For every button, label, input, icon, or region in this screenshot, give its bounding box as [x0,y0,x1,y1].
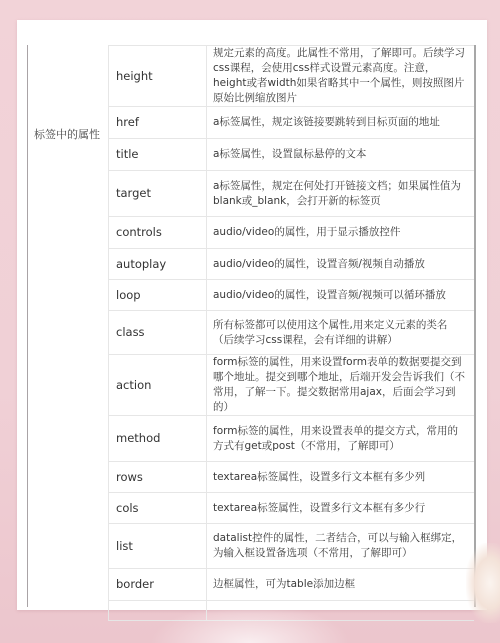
attribute-name: title [109,139,207,171]
table-row: class所有标签都可以使用这个属性,用来定义元素的类名（后续学习css课程，会… [109,311,475,355]
attribute-description: audio/video的属性，用于显示播放控件 [207,217,475,249]
attribute-description: datalist控件的属性，二者结合，可以与输入框绑定，为输入框设置备选项（不常… [207,524,475,569]
table-row: border边框属性，可为table添加边框 [109,569,475,601]
attribute-name: action [109,355,207,416]
attribute-name: href [109,107,207,139]
table-row: controlsaudio/video的属性，用于显示播放控件 [109,217,475,249]
attribute-name: height [109,46,207,107]
table-row: autoplayaudio/video的属性，设置音频/视频自动播放 [109,249,475,280]
table-row: rowstextarea标签属性，设置多行文本框有多少列 [109,462,475,493]
decorative-petals [150,603,350,643]
attribute-description: audio/video的属性，设置音频/视频可以循环播放 [207,280,475,311]
table-row: listdatalist控件的属性，二者结合，可以与输入框绑定，为输入框设置备选… [109,524,475,569]
attributes-table: height规定元素的高度。此属性不常用，了解即可。后续学习css课程，会使用c… [108,45,474,621]
attribute-name: cols [109,493,207,524]
attribute-name: method [109,416,207,462]
attribute-group-label: 标签中的属性 [34,126,100,142]
attribute-description: textarea标签属性，设置多行文本框有多少列 [207,462,475,493]
table-row: height规定元素的高度。此属性不常用，了解即可。后续学习css课程，会使用c… [109,46,475,107]
table-row: loopaudio/video的属性，设置音频/视频可以循环播放 [109,280,475,311]
attribute-description: textarea标签属性，设置多行文本框有多少行 [207,493,475,524]
table-row: actionform标签的属性，用来设置form表单的数据要提交到哪个地址。提交… [109,355,475,416]
table-row: colstextarea标签属性，设置多行文本框有多少行 [109,493,475,524]
attribute-description: 所有标签都可以使用这个属性,用来定义元素的类名（后续学习css课程，会有详细的讲… [207,311,475,355]
attribute-description: audio/video的属性，设置音频/视频自动播放 [207,249,475,280]
table-row: methodform标签的属性，用来设置表单的提交方式，常用的方式有get或po… [109,416,475,462]
attribute-name: class [109,311,207,355]
attribute-name: list [109,524,207,569]
attribute-name: loop [109,280,207,311]
attribute-description: 边框属性，可为table添加边框 [207,569,475,601]
table-row: titlea标签属性，设置鼠标悬停的文本 [109,139,475,171]
attribute-description: a标签属性，规定该链接要跳转到目标页面的地址 [207,107,475,139]
attribute-name: border [109,569,207,601]
attribute-name: autoplay [109,249,207,280]
table-left-border [27,45,28,607]
decorative-flower [466,543,500,623]
table-row: targeta标签属性，规定在何处打开链接文档；如果属性值为blank或_bla… [109,171,475,217]
attribute-description: a标签属性，设置鼠标悬停的文本 [207,139,475,171]
attribute-name: controls [109,217,207,249]
attribute-description: 规定元素的高度。此属性不常用，了解即可。后续学习css课程，会使用css样式设置… [207,46,475,107]
attribute-description: form标签的属性，用来设置表单的提交方式，常用的方式有get或post（不常用… [207,416,475,462]
table-row: hrefa标签属性，规定该链接要跳转到目标页面的地址 [109,107,475,139]
attribute-description: a标签属性，规定在何处打开链接文档；如果属性值为blank或_blank，会打开… [207,171,475,217]
attribute-name: target [109,171,207,217]
attribute-description: form标签的属性，用来设置form表单的数据要提交到哪个地址。提交到哪个地址，… [207,355,475,416]
table-right-border [474,45,476,607]
attribute-name: rows [109,462,207,493]
